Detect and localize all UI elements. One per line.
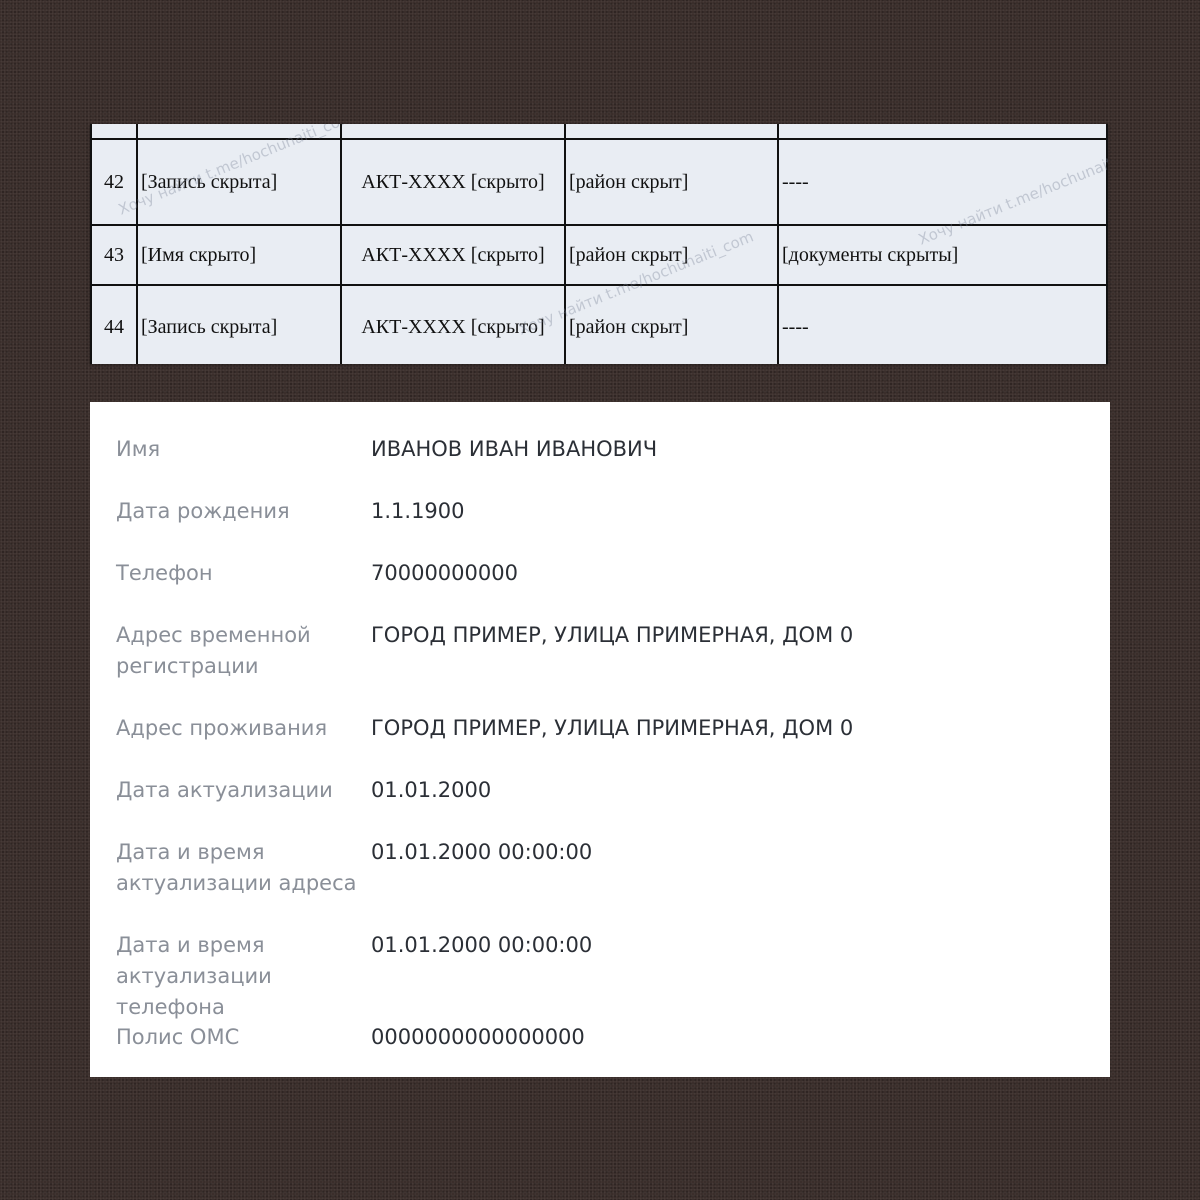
row-act: АКТ-XXXX [скрыто]: [341, 225, 565, 285]
row-place: [район скрыт]: [565, 285, 778, 364]
table-row: 42 [Запись скрыта] АКТ-XXXX [скрыто] [ра…: [91, 139, 1107, 225]
field-residence-address: Адрес проживания ГОРОД ПРИМЕР, УЛИЦА ПРИ…: [116, 713, 1090, 744]
row-number: 42: [91, 139, 137, 225]
field-oms-policy: Полис ОМС 0000000000000000: [116, 1022, 1090, 1053]
table-row: [91, 124, 1107, 139]
row-number: 43: [91, 225, 137, 285]
field-temp-registration-address: Адрес временной регистрации ГОРОД ПРИМЕР…: [116, 620, 1090, 682]
field-address-update-datetime: Дата и время актуализации адреса 01.01.2…: [116, 837, 1090, 899]
field-phone: Телефон 70000000000: [116, 558, 1090, 589]
row-number: 44: [91, 285, 137, 364]
field-birth-date: Дата рождения 1.1.1900: [116, 496, 1090, 527]
row-act: АКТ-XXXX [скрыто]: [341, 285, 565, 364]
row-name: [Запись скрыта]: [137, 139, 341, 225]
row-place: [район скрыт]: [565, 225, 778, 285]
row-act: АКТ-XXXX [скрыто]: [341, 139, 565, 225]
scanned-document-excerpt: 42 [Запись скрыта] АКТ-XXXX [скрыто] [ра…: [90, 124, 1108, 364]
field-update-date: Дата актуализации 01.01.2000: [116, 775, 1090, 806]
row-docs: ----: [778, 139, 1107, 225]
row-name: [Имя скрыто]: [137, 225, 341, 285]
scan-table: 42 [Запись скрыта] АКТ-XXXX [скрыто] [ра…: [90, 124, 1108, 364]
row-name: [Запись скрыта]: [137, 285, 341, 364]
row-docs: ----: [778, 285, 1107, 364]
row-docs: [документы скрыты]: [778, 225, 1107, 285]
table-row: 43 [Имя скрыто] АКТ-XXXX [скрыто] [район…: [91, 225, 1107, 285]
person-record-card: Имя ИВАНОВ ИВАН ИВАНОВИЧ Дата рождения 1…: [90, 402, 1110, 1077]
row-place: [район скрыт]: [565, 139, 778, 225]
field-name: Имя ИВАНОВ ИВАН ИВАНОВИЧ: [116, 434, 1090, 465]
table-row: 44 [Запись скрыта] АКТ-XXXX [скрыто] [ра…: [91, 285, 1107, 364]
field-phone-update-datetime: Дата и время актуализации телефона 01.01…: [116, 930, 1090, 1023]
